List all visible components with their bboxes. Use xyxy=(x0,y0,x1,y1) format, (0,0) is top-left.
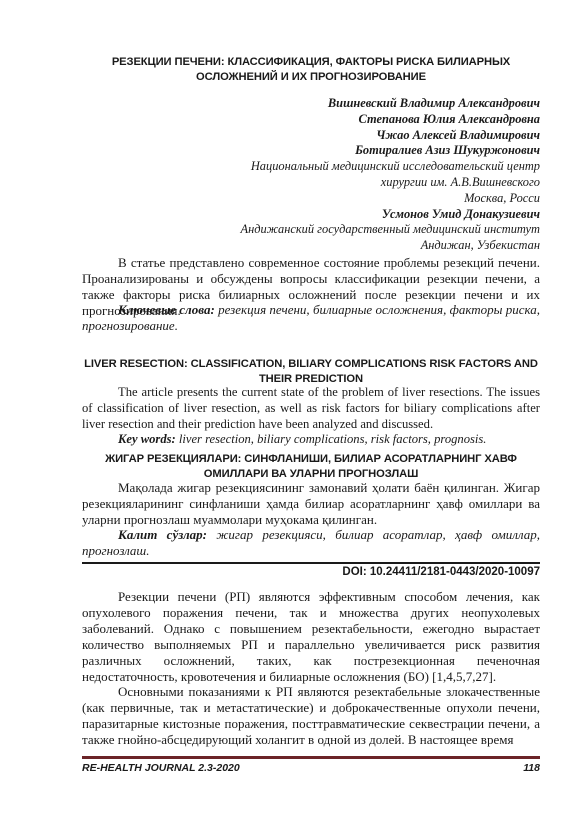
keywords-label-ru: Ключевые слова: xyxy=(118,302,215,317)
author-3: Чжао Алексей Владимирович xyxy=(140,128,540,144)
keywords-text-en: liver resection, biliary complications, … xyxy=(176,432,487,446)
page-number: 118 xyxy=(523,762,540,774)
section-divider xyxy=(82,562,540,564)
author-4: Ботиралиев Азиз Шукуржонович xyxy=(140,143,540,159)
title-ru: РЕЗЕКЦИИ ПЕЧЕНИ: КЛАССИФИКАЦИЯ, ФАКТОРЫ … xyxy=(82,55,540,84)
affiliation-1-line-1: Национальный медицинский исследовательск… xyxy=(140,159,540,175)
keywords-uz: Калит сўзлар: жигар резекцияси, билиар а… xyxy=(82,527,540,559)
body-paragraph-2: Основными показаниями к РП являются резе… xyxy=(82,684,540,748)
keywords-label-uz: Калит сўзлар: xyxy=(118,527,207,542)
keywords-label-en: Key words: xyxy=(118,432,176,446)
keywords-ru: Ключевые слова: резекция печени, билиарн… xyxy=(82,302,540,334)
title-uz: ЖИГАР РЕЗЕКЦИЯЛАРИ: СИНФЛАНИШИ, БИЛИАР А… xyxy=(82,452,540,481)
abstract-uz: Мақолада жигар резекциясининг замонавий … xyxy=(82,480,540,528)
affiliation-2-line-1: Андижанский государственный медицинский … xyxy=(140,222,540,238)
author-2: Степанова Юлия Александровна xyxy=(140,112,540,128)
title-en: LIVER RESECTION: CLASSIFICATION, BILIARY… xyxy=(82,357,540,386)
affiliation-2-line-2: Андижан, Узбекистан xyxy=(140,238,540,254)
keywords-en: Key words: liver resection, biliary comp… xyxy=(82,432,540,448)
footer-bar xyxy=(82,756,540,759)
author-5: Усмонов Умид Донакузиевич xyxy=(140,207,540,223)
author-1: Вишневский Владимир Александрович xyxy=(140,96,540,112)
affiliation-1-line-2: хирургии им. А.В.Вишневского xyxy=(140,175,540,191)
footer-journal: RE-HEALTH JOURNAL 2.3-2020 xyxy=(82,762,240,774)
affiliation-1-line-3: Москва, Росси xyxy=(140,191,540,207)
authors-block: Вишневский Владимир Александрович Степан… xyxy=(140,96,540,254)
abstract-en: The article presents the current state o… xyxy=(82,385,540,433)
body-paragraph-1: Резекции печени (РП) являются эффективны… xyxy=(82,589,540,684)
doi-label: DOI: 10.24411/2181-0443/2020-10097 xyxy=(342,566,540,578)
